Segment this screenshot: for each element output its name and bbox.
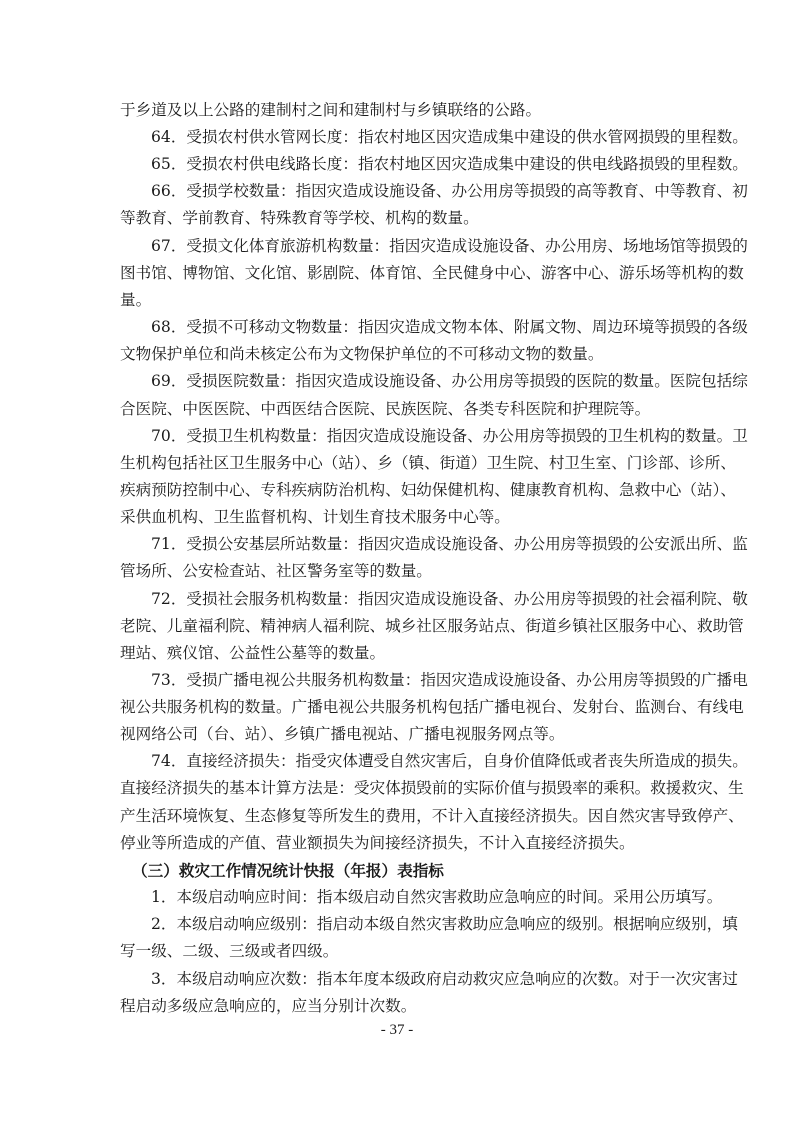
text-line: 管场所、公安检查站、社区警务室等的数量。 — [120, 558, 673, 585]
page-number: - 37 - — [0, 1022, 794, 1039]
item-74-line: 74．直接经济损失：指受灾体遭受自然灾害后，自身价值降低或者丧失所造成的损失。 — [151, 748, 673, 775]
document-page: 于乡道及以上公路的建制村之间和建制村与乡镇联络的公路。 64．受损农村供水管网长… — [0, 0, 794, 1122]
text-line: 老院、儿童福利院、精神病人福利院、城乡社区服务站点、街道乡镇社区服务中心、救助管 — [120, 613, 673, 640]
text-line: 生机构包括社区卫生服务中心（站）、乡（镇、街道）卫生院、村卫生室、门诊部、诊所、 — [120, 450, 673, 477]
text-line: 产生活环境恢复、生态修复等所发生的费用，不计入直接经济损失。因自然灾害导致停产、 — [120, 803, 673, 830]
item-64-line: 64．受损农村供水管网长度：指农村地区因灾造成集中建设的供水管网损毁的里程数。 — [151, 124, 673, 151]
item-72-line: 72．受损社会服务机构数量：指因灾造成设施设备、办公用房等损毁的社会福利院、敬 — [151, 586, 673, 613]
item-1-line: 1．本级启动响应时间：指本级启动自然灾害救助应急响应的时间。采用公历填写。 — [151, 884, 673, 911]
item-69-line: 69．受损医院数量：指因灾造成设施设备、办公用房等损毁的医院的数量。医院包括综 — [151, 368, 673, 395]
text-line: 理站、殡仪馆、公益性公墓等的数量。 — [120, 640, 673, 667]
item-70-line: 70．受损卫生机构数量：指因灾造成设施设备、办公用房等损毁的卫生机构的数量。卫 — [151, 423, 673, 450]
text-line: 于乡道及以上公路的建制村之间和建制村与乡镇联络的公路。 — [120, 97, 673, 124]
text-line: 程启动多级应急响应的，应当分别计次数。 — [120, 993, 673, 1020]
item-73-line: 73．受损广播电视公共服务机构数量：指因灾造成设施设备、办公用房等损毁的广播电 — [151, 667, 673, 694]
text-line: 视网络公司（台、站）、乡镇广播电视站、广播电视服务网点等。 — [120, 721, 673, 748]
text-line: 文物保护单位和尚未核定公布为文物保护单位的不可移动文物的数量。 — [120, 341, 673, 368]
item-2-line: 2．本级启动响应级别：指启动本级自然灾害救助应急响应的级别。根据响应级别，填 — [151, 911, 673, 938]
text-line: 等教育、学前教育、特殊教育等学校、机构的数量。 — [120, 205, 673, 232]
text-line: 采供血机构、卫生监督机构、计划生育技术服务中心等。 — [120, 504, 673, 531]
text-line: 写一级、二级、三级或者四级。 — [120, 938, 673, 965]
text-line: 图书馆、博物馆、文化馆、影剧院、体育馆、全民健身中心、游客中心、游乐场等机构的数 — [120, 260, 673, 287]
text-line: 量。 — [120, 287, 673, 314]
text-line: 直接经济损失的基本计算方法是：受灾体损毁前的实际价值与损毁率的乘积。救援救灾、生 — [120, 775, 673, 802]
item-71-line: 71．受损公安基层所站数量：指因灾造成设施设备、办公用房等损毁的公安派出所、监 — [151, 531, 673, 558]
item-68-line: 68．受损不可移动文物数量：指因灾造成文物本体、附属文物、周边环境等损毁的各级 — [151, 314, 673, 341]
text-line: 停业等所造成的产值、营业额损失为间接经济损失，不计入直接经济损失。 — [120, 830, 673, 857]
text-line: 视公共服务机构的数量。广播电视公共服务机构包括广播电视台、发射台、监测台、有线电 — [120, 694, 673, 721]
item-65-line: 65．受损农村供电线路长度：指农村地区因灾造成集中建设的供电线路损毁的里程数。 — [151, 151, 673, 178]
item-67-line: 67．受损文化体育旅游机构数量：指因灾造成设施设备、办公用房、场地场馆等损毁的 — [151, 233, 673, 260]
item-3-line: 3．本级启动响应次数：指本年度本级政府启动救灾应急响应的次数。对于一次灾害过 — [151, 966, 673, 993]
item-66-line: 66．受损学校数量：指因灾造成设施设备、办公用房等损毁的高等教育、中等教育、初 — [151, 178, 673, 205]
section-heading: （三）救灾工作情况统计快报（年报）表指标 — [132, 857, 673, 884]
text-line: 疾病预防控制中心、专科疾病防治机构、妇幼保健机构、健康教育机构、急救中心（站）、 — [120, 477, 673, 504]
text-line: 合医院、中医医院、中西医结合医院、民族医院、各类专科医院和护理院等。 — [120, 396, 673, 423]
